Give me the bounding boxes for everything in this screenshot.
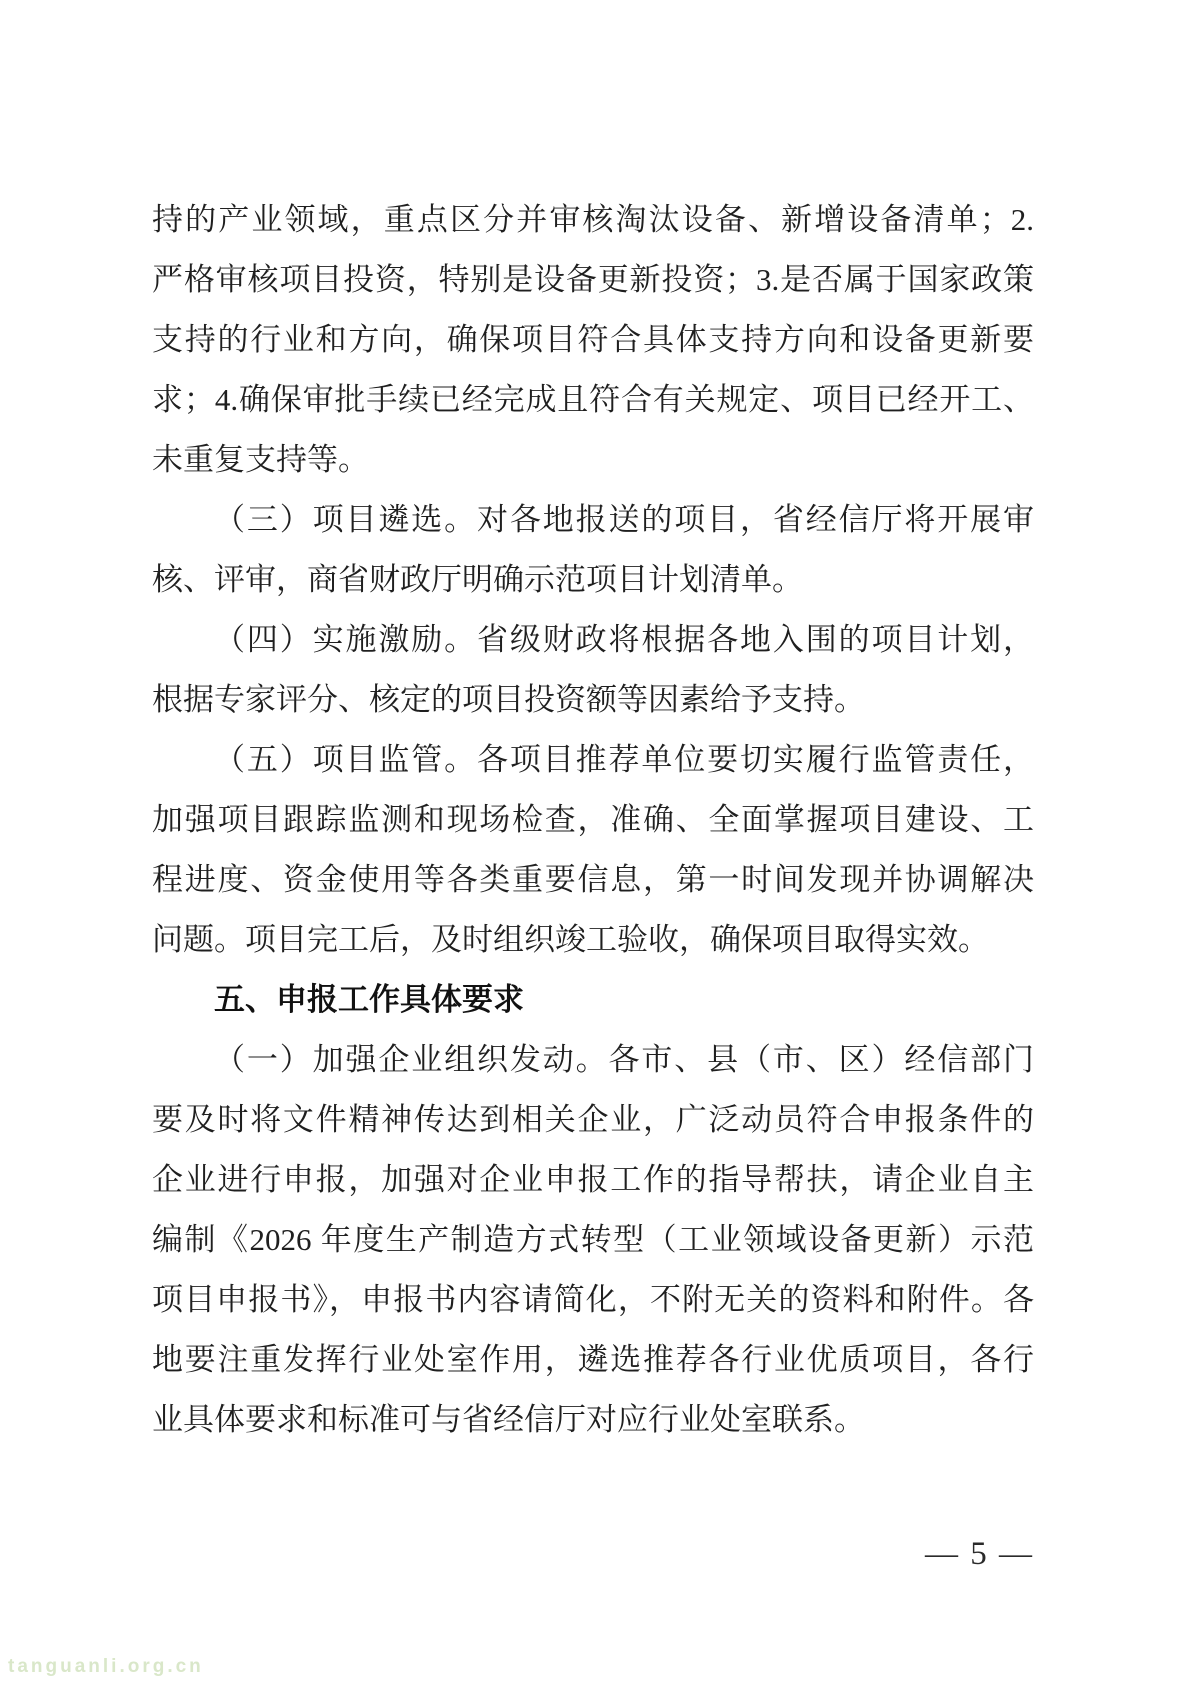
text-line: 求；4.确保审批手续已经完成且符合有关规定、项目已经开工、 [152,370,1034,430]
text-line: 程进度、资金使用等各类重要信息，第一时间发现并协调解决 [152,850,1034,910]
text-line: 业具体要求和标准可与省经信厅对应行业处室联系。 [152,1390,1034,1450]
document-page: 持的产业领域，重点区分并审核淘汰设备、新增设备清单；2. 严格审核项目投资，特别… [0,0,1190,1683]
text-line: （五）项目监管。各项目推荐单位要切实履行监管责任， [152,730,1034,790]
text-line: 核、评审，商省财政厅明确示范项目计划清单。 [152,550,1034,610]
watermark: tanguanli.org.cn [8,1656,204,1678]
text-line: （一）加强企业组织发动。各市、县（市、区）经信部门 [152,1030,1034,1090]
page-number: — 5 — [152,1532,1034,1576]
document-body: 持的产业领域，重点区分并审核淘汰设备、新增设备清单；2. 严格审核项目投资，特别… [152,190,1034,1450]
text-line: 加强项目跟踪监测和现场检查，准确、全面掌握项目建设、工 [152,790,1034,850]
text-line: 根据专家评分、核定的项目投资额等因素给予支持。 [152,670,1034,730]
text-line: 支持的行业和方向，确保项目符合具体支持方向和设备更新要 [152,310,1034,370]
text-line: 项目申报书》，申报书内容请简化，不附无关的资料和附件。各 [152,1270,1034,1330]
text-line: 地要注重发挥行业处室作用，遴选推荐各行业优质项目，各行 [152,1330,1034,1390]
text-line: 要及时将文件精神传达到相关企业，广泛动员符合申报条件的 [152,1090,1034,1150]
section-heading: 五、申报工作具体要求 [152,970,1034,1030]
text-line: （四）实施激励。省级财政将根据各地入围的项目计划， [152,610,1034,670]
text-line: 严格审核项目投资，特别是设备更新投资；3.是否属于国家政策 [152,250,1034,310]
text-line: 编制《2026 年度生产制造方式转型（工业领域设备更新）示范 [152,1210,1034,1270]
text-line: 未重复支持等。 [152,430,1034,490]
text-line: 持的产业领域，重点区分并审核淘汰设备、新增设备清单；2. [152,190,1034,250]
text-line: 问题。项目完工后，及时组织竣工验收，确保项目取得实效。 [152,910,1034,970]
text-line: （三）项目遴选。对各地报送的项目，省经信厅将开展审 [152,490,1034,550]
text-line: 企业进行申报，加强对企业申报工作的指导帮扶，请企业自主 [152,1150,1034,1210]
